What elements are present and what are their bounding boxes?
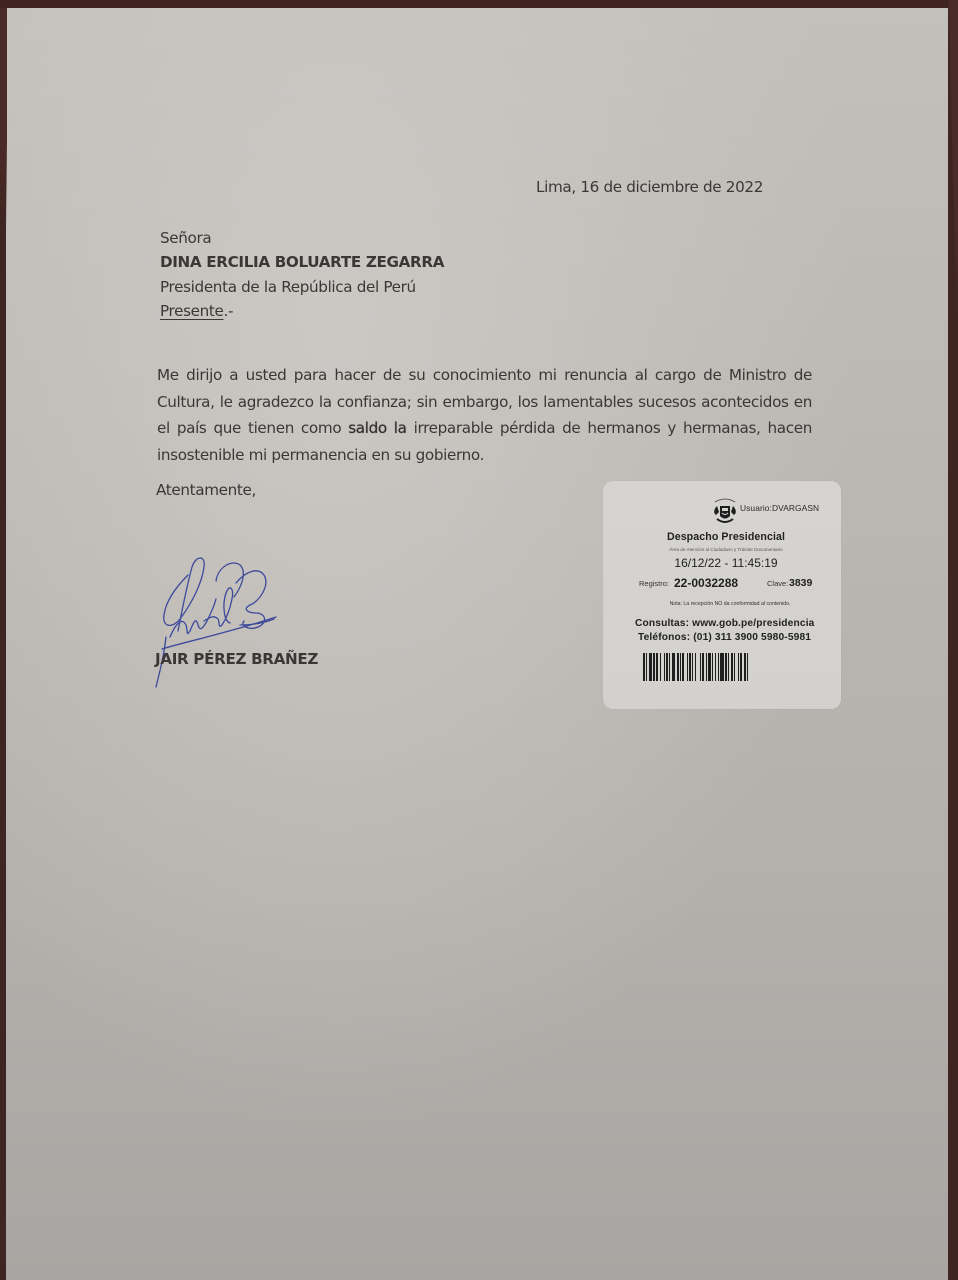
reception-stamp: Usuario:DVARGASN Despacho Presidencial Á… bbox=[603, 481, 841, 709]
desk-edge-left bbox=[0, 8, 7, 228]
registry-label: Registro: bbox=[639, 579, 669, 588]
registry-number: 22-0032288 bbox=[674, 576, 738, 590]
letter-body: Me dirijo a usted para hacer de su conoc… bbox=[157, 362, 812, 468]
stamp-inquiries: Consultas: www.gob.pe/presidencia bbox=[635, 618, 815, 629]
key-label: Clave: bbox=[767, 579, 788, 588]
stamp-timestamp: 16/12/22 - 11:45:19 bbox=[603, 556, 841, 570]
recipient-title: Presidenta de la República del Perú bbox=[160, 275, 444, 299]
stamp-office: Despacho Presidencial bbox=[603, 531, 841, 543]
handwritten-signature bbox=[148, 545, 288, 690]
signer-name: JAIR PÉREZ BRAÑEZ bbox=[155, 650, 318, 668]
recipient-name: DINA ERCILIA BOLUARTE ZEGARRA bbox=[160, 250, 444, 274]
letter-date: Lima, 16 de diciembre de 2022 bbox=[536, 178, 763, 196]
peru-coat-of-arms-icon bbox=[711, 497, 739, 527]
barcode bbox=[643, 653, 819, 681]
stamp-phones: Teléfonos: (01) 311 3900 5980-5981 bbox=[638, 632, 811, 643]
presente-suffix: .- bbox=[224, 302, 234, 320]
presente-label: Presente bbox=[160, 302, 224, 320]
recipient-salutation: Señora bbox=[160, 226, 444, 250]
stamp-note: Nota: La recepción NO da conformidad al … bbox=[603, 601, 841, 607]
stamp-area: Área de Atención al Ciudadano y Trámite … bbox=[603, 547, 841, 552]
recipient-block: Señora DINA ERCILIA BOLUARTE ZEGARRA Pre… bbox=[160, 226, 444, 323]
recipient-presente-line: Presente.- bbox=[160, 299, 444, 323]
stamp-user: Usuario:DVARGASN bbox=[740, 503, 819, 513]
key-value: 3839 bbox=[789, 577, 812, 589]
letter-closing: Atentamente, bbox=[156, 481, 256, 499]
body-text-smudged: saldo la bbox=[348, 419, 406, 437]
